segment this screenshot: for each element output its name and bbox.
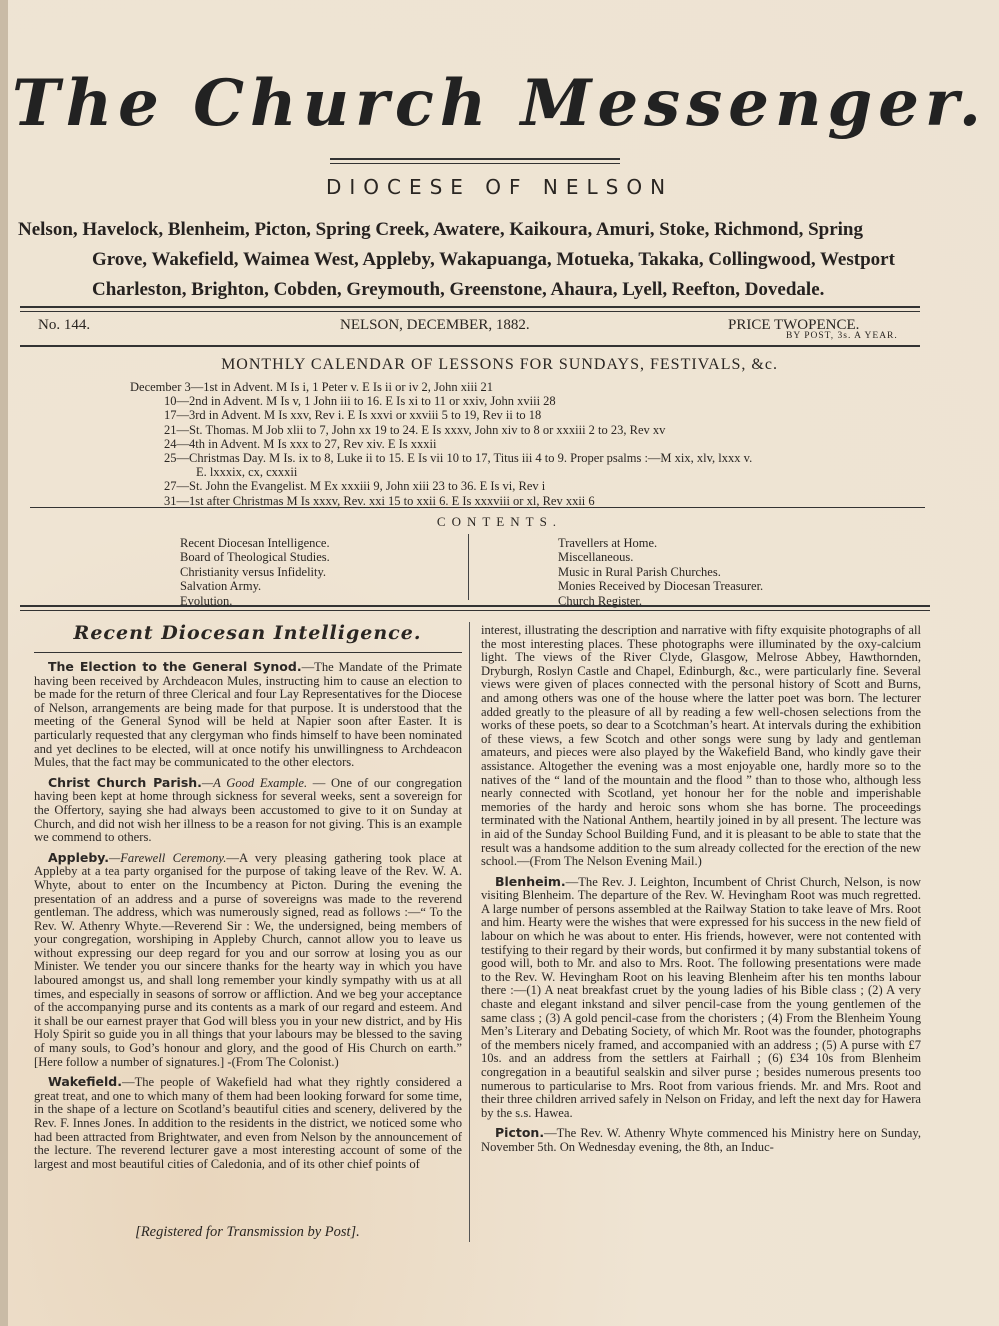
calendar-entry: 21—St. Thomas. M Job xlii to 7, John xx … <box>130 423 752 437</box>
left-column: The Election to the General Synod.—The M… <box>34 660 462 1177</box>
masthead-rule <box>330 158 620 160</box>
news-item: Picton.—The Rev. W. Athenry Whyte commen… <box>481 1126 921 1154</box>
diocese-subtitle: DIOCESE OF NELSON <box>0 175 999 199</box>
calendar-entry: December 3—1st in Advent. M Is i, 1 Pete… <box>130 380 752 394</box>
contents-item: Recent Diocesan Intelligence. <box>180 536 330 550</box>
right-column: interest, illustrating the description a… <box>481 624 921 1161</box>
contents-item: Monies Received by Diocesan Treasurer. <box>558 579 763 593</box>
news-item: Blenheim.—The Rev. J. Leighton, Incumben… <box>481 875 921 1121</box>
parish-line: Charleston, Brighton, Cobden, Greymouth,… <box>0 275 999 305</box>
contents-right: Travellers at Home. Miscellaneous. Music… <box>558 536 763 608</box>
calendar-entry: 17—3rd in Advent. M Is xxv, Rev i. E Is … <box>130 408 752 422</box>
registered-notice: [Registered for Transmission by Post]. <box>30 1224 465 1241</box>
column-divider <box>469 622 470 1242</box>
contents-rule <box>20 605 930 607</box>
section-heading: Recent Diocesan Intelligence. <box>30 622 465 644</box>
issue-post-price: BY POST, 3s. A YEAR. <box>786 331 898 341</box>
issue-number: No. 144. <box>38 317 90 334</box>
issue-rule-top-thin <box>20 311 920 312</box>
issue-rule-bottom <box>20 345 920 347</box>
calendar-rule <box>30 507 925 508</box>
contents-item: Board of Theological Studies. <box>180 550 330 564</box>
section-heading-rule <box>34 652 462 653</box>
issue-place-date: NELSON, DECEMBER, 1882. <box>340 317 530 334</box>
contents-item: Miscellaneous. <box>558 550 763 564</box>
masthead-rule-thin <box>330 163 620 164</box>
news-item: Christ Church Parish.—A Good Example. — … <box>34 776 462 845</box>
newspaper-page: The Church Messenger. DIOCESE OF NELSON … <box>0 0 999 1326</box>
news-item: interest, illustrating the description a… <box>481 624 921 869</box>
masthead-title: The Church Messenger. <box>0 66 999 141</box>
parish-line: Grove, Wakefield, Waimea West, Appleby, … <box>0 245 999 275</box>
calendar-lessons: December 3—1st in Advent. M Is i, 1 Pete… <box>130 380 752 508</box>
contents-rule-thin <box>20 610 930 611</box>
news-item: Appleby.—Farewell Ceremony.—A very pleas… <box>34 851 462 1070</box>
calendar-entry: 25—Christmas Day. M Is. ix to 8, Luke ii… <box>130 451 752 465</box>
parish-line: Nelson, Havelock, Blenheim, Picton, Spri… <box>0 215 999 245</box>
calendar-entry: 10—2nd in Advent. M Is v, 1 John iii to … <box>130 394 752 408</box>
calendar-entry: 24—4th in Advent. M Is xxx to 27, Rev xi… <box>130 437 752 451</box>
news-item: The Election to the General Synod.—The M… <box>34 660 462 770</box>
contents-title: CONTENTS. <box>0 514 999 530</box>
contents-left: Recent Diocesan Intelligence. Board of T… <box>180 536 330 608</box>
news-item: Wakefield.—The people of Wakefield had w… <box>34 1075 462 1171</box>
calendar-entry: E. lxxxix, cx, cxxxii <box>130 465 752 479</box>
contents-item: Travellers at Home. <box>558 536 763 550</box>
contents-divider <box>468 534 469 600</box>
contents-item: Christianity versus Infidelity. <box>180 565 330 579</box>
issue-rule-top <box>20 306 920 308</box>
calendar-entry: 31—1st after Christmas M Is xxxv, Rev. x… <box>130 494 752 508</box>
calendar-title: MONTHLY CALENDAR OF LESSONS FOR SUNDAYS,… <box>0 356 999 374</box>
parish-list: Nelson, Havelock, Blenheim, Picton, Spri… <box>0 215 999 305</box>
contents-item: Salvation Army. <box>180 579 330 593</box>
contents-item: Music in Rural Parish Churches. <box>558 565 763 579</box>
calendar-entry: 27—St. John the Evangelist. M Ex xxxiii … <box>130 479 752 493</box>
